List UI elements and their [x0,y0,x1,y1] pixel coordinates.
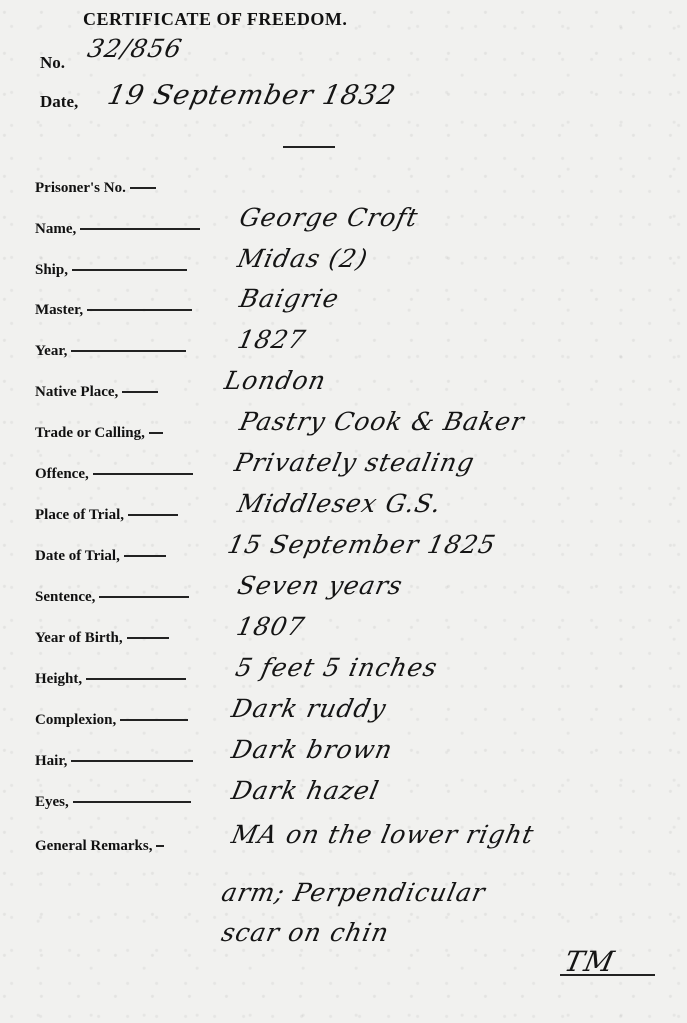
date-label: Date, [40,92,78,112]
field-value: 1827 [235,325,309,354]
field-row: Complexion, [35,708,188,732]
signature-underline [560,974,655,976]
field-label: Height, [35,671,82,688]
field-label: Prisoner's No. [35,180,126,197]
field-row: Place of Trial, [35,503,178,527]
remarks-line-2: arm; Perpendicular [219,878,488,907]
field-row: Height, [35,667,186,691]
field-label: Native Place, [35,384,118,401]
field-label: Trade or Calling, [35,425,145,442]
leader-line [99,596,189,598]
field-label: Master, [35,302,83,319]
leader-line [73,801,191,803]
leader-line [130,187,156,189]
field-row: Prisoner's No. [35,176,156,200]
field-row: General Remarks, [35,834,164,858]
field-value: Pastry Cook & Baker [237,407,527,436]
field-value: Dark brown [229,735,396,764]
field-row: Offence, [35,462,193,486]
field-row: Hair, [35,749,193,773]
field-label: Eyes, [35,794,69,811]
field-row: Master, [35,298,192,322]
leader-line [80,228,200,230]
field-row: Year of Birth, [35,626,169,650]
leader-line [127,637,169,639]
field-row: Sentence, [35,585,189,609]
field-label: General Remarks, [35,838,152,855]
field-value: Middlesex G.S. [235,489,444,518]
separator-rule [283,146,335,148]
field-value: George Croft [237,203,421,232]
number-label: No. [40,53,65,73]
leader-line [93,473,193,475]
leader-line [120,719,188,721]
field-value: 15 September 1825 [225,530,499,559]
field-label: Sentence, [35,589,95,606]
leader-line [149,432,163,434]
leader-line [71,760,193,762]
field-label: Date of Trial, [35,548,120,565]
field-value: MA on the lower right [229,820,537,849]
field-value: London [222,366,329,395]
field-row: Year, [35,339,186,363]
field-row: Date of Trial, [35,544,166,568]
remarks-line-3: scar on chin [219,918,392,947]
field-label: Complexion, [35,712,116,729]
leader-line [86,678,186,680]
field-row: Native Place, [35,380,158,404]
field-label: Ship, [35,262,68,279]
field-value: Baigrie [237,284,342,313]
field-row: Eyes, [35,790,191,814]
field-value: Privately stealing [232,448,478,477]
field-value: Seven years [235,571,406,600]
certificate-number: 32/856 [85,34,185,63]
field-value: Dark ruddy [229,694,389,723]
field-value: 5 feet 5 inches [233,653,441,682]
field-label: Year of Birth, [35,630,123,647]
field-label: Hair, [35,753,67,770]
field-row: Trade or Calling, [35,421,163,445]
field-value: Midas (2) [235,244,371,273]
field-label: Place of Trial, [35,507,124,524]
leader-line [72,269,187,271]
field-value: 1807 [234,612,308,641]
leader-line [71,350,186,352]
field-row: Ship, [35,258,187,282]
field-value: Dark hazel [229,776,382,805]
leader-line [122,391,158,393]
leader-line [128,514,178,516]
leader-line [87,309,192,311]
field-label: Offence, [35,466,89,483]
field-label: Name, [35,221,76,238]
leader-line [124,555,166,557]
certificate-title: CERTIFICATE OF FREEDOM. [83,9,347,30]
certificate-date: 19 September 1832 [105,80,399,111]
leader-line [156,845,164,847]
field-label: Year, [35,343,67,360]
field-row: Name, [35,217,200,241]
